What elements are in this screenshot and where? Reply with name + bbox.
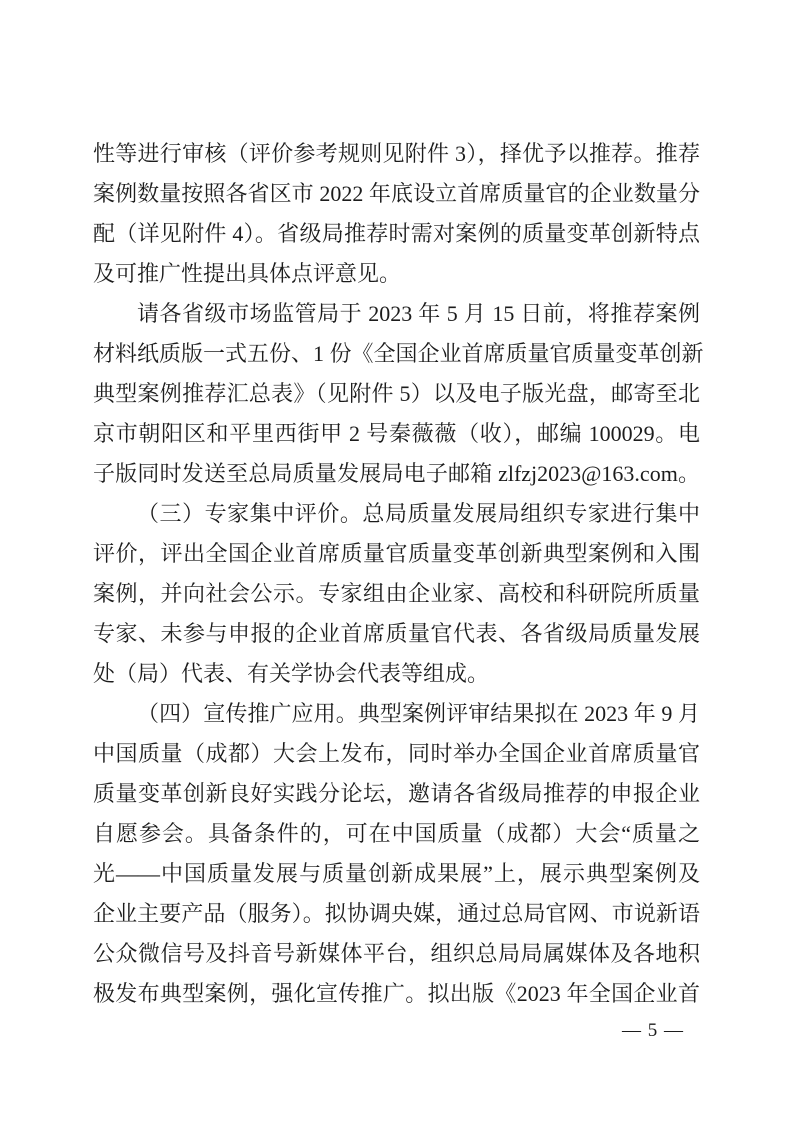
text-line: 中国质量（成都）大会上发布，同时举办全国企业首席质量官 [93, 734, 700, 774]
text-line: 案例，并向社会公示。专家组由企业家、高校和科研院所质量 [93, 574, 700, 614]
text-line: 企业主要产品（服务）。拟协调央媒，通过总局官网、市说新语 [93, 894, 700, 934]
text-line: 专家、未参与申报的企业首席质量官代表、各省级局质量发展 [93, 614, 700, 654]
page-number: — 5 — [622, 1018, 684, 1044]
text-line: 子版同时发送至总局质量发展局电子邮箱 zlfzj2023@163.com。 [93, 454, 700, 494]
text-line: 质量变革创新良好实践分论坛，邀请各省级局推荐的申报企业 [93, 774, 700, 814]
text-line: 公众微信号及抖音号新媒体平台，组织总局局属媒体及各地积 [93, 934, 700, 974]
text-line: （四）宣传推广应用。典型案例评审结果拟在 2023 年 9 月 [93, 694, 700, 734]
text-line: 及可推广性提出具体点评意见。 [93, 254, 700, 294]
text-line: 光——中国质量发展与质量创新成果展”上，展示典型案例及 [93, 854, 700, 894]
text-line: 自愿参会。具备条件的，可在中国质量（成都）大会“质量之 [93, 814, 700, 854]
text-line: 极发布典型案例，强化宣传推广。拟出版《2023 年全国企业首 [93, 974, 700, 1014]
text-line: 性等进行审核（评价参考规则见附件 3），择优予以推荐。推荐 [93, 134, 700, 174]
text-line: 配（详见附件 4）。省级局推荐时需对案例的质量变革创新特点 [93, 214, 700, 254]
text-line: 京市朝阳区和平里西街甲 2 号秦薇薇（收），邮编 100029。电 [93, 414, 700, 454]
text-line: 案例数量按照各省区市 2022 年底设立首席质量官的企业数量分 [93, 174, 700, 214]
text-line: （三）专家集中评价。总局质量发展局组织专家进行集中 [93, 494, 700, 534]
text-line: 评价，评出全国企业首席质量官质量变革创新典型案例和入围 [93, 534, 700, 574]
text-line: 典型案例推荐汇总表》（见附件 5）以及电子版光盘，邮寄至北 [93, 374, 700, 414]
document-page: 性等进行审核（评价参考规则见附件 3），择优予以推荐。推荐 案例数量按照各省区市… [0, 0, 794, 1123]
text-line: 处（局）代表、有关学协会代表等组成。 [93, 654, 700, 694]
text-line: 请各省级市场监管局于 2023 年 5 月 15 日前，将推荐案例 [93, 294, 700, 334]
text-line: 材料纸质版一式五份、1 份《全国企业首席质量官质量变革创新 [93, 334, 700, 374]
document-body: 性等进行审核（评价参考规则见附件 3），择优予以推荐。推荐 案例数量按照各省区市… [93, 134, 700, 1014]
